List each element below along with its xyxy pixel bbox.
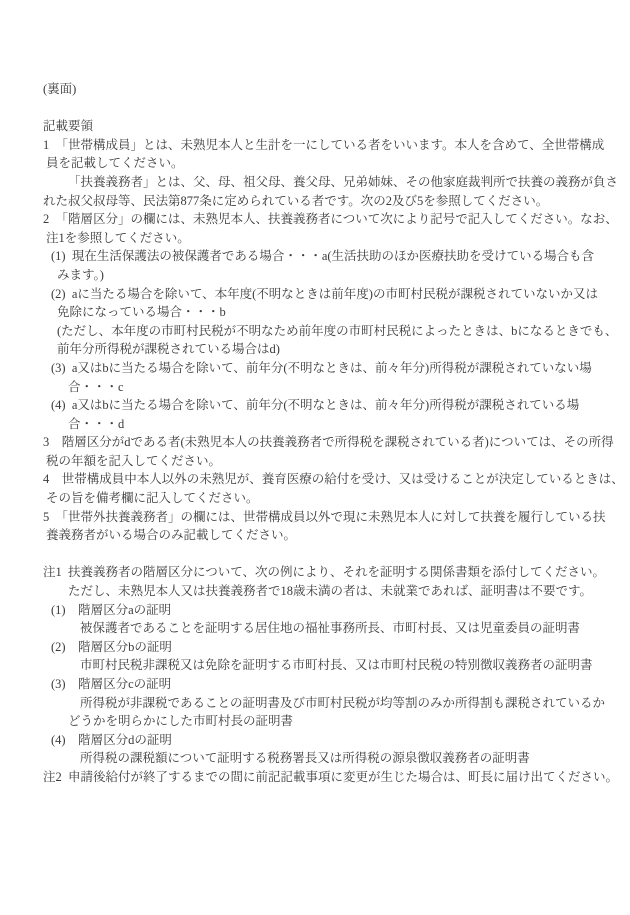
item-2-sub-4-line-2: 合・・・d xyxy=(43,415,623,434)
item-2-sub-1-line-1: (1) 現在生活保護法の被保護者である場合・・・a(生活扶助のほか医療扶助を受け… xyxy=(43,247,623,266)
note-1-sub-4-desc: 所得税の課税額について証明する税務署長又は所得税の源泉徴収義務者の証明書 xyxy=(43,749,623,768)
item-2-line-2: 注1を参照してください。 xyxy=(43,229,623,248)
note-1-sub-1-desc: 被保護者であることを証明する居住地の福祉事務所長、市町村長、又は児童委員の証明書 xyxy=(43,619,623,638)
item-3-line-2: 税の年額を記入してください。 xyxy=(43,452,623,471)
item-2-sub-3-line-2: 合・・・c xyxy=(43,378,623,397)
blank-line xyxy=(43,545,623,564)
note-1-line-1: 注1 扶養義務者の階層区分について、次の例により、それを証明する関係書類を添付し… xyxy=(43,563,623,582)
document-page: (裏面) 記載要領1 「世帯構成員」とは、未熟児本人と生計を一にしている者をいい… xyxy=(0,0,630,915)
side-label: (裏面) xyxy=(43,80,623,99)
note-1-sub-3-desc-line-1: 所得税が非課税であることの証明書及び市町村民税が均等割のみか所得割も課税されてい… xyxy=(43,694,623,713)
note-1-sub-2-desc: 市町村民税非課税又は免除を証明する市町村長、又は市町村民税の特別徴収義務者の証明… xyxy=(43,656,623,675)
item-2-sub-3-line-1: (3) a又はbに当たる場合を除いて、前年分(不明なときは、前々年分)所得税が課… xyxy=(43,359,623,378)
item-2-sub-1-line-2: みます。) xyxy=(43,266,623,285)
note-1-sub-2-head: (2) 階層区分bの証明 xyxy=(43,638,623,657)
note-1-line-2: ただし、未熟児本人又は扶養義務者で18歳未満の者は、未就業であれば、証明書は不要… xyxy=(43,582,623,601)
section-heading: 記載要領 xyxy=(43,117,623,136)
item-1-para-2-line-2: れた叔父叔母等、民法第877条に定められている者です。次の2及び5を参照してくだ… xyxy=(43,192,623,211)
item-2-sub-2-line-1: (2) aに当たる場合を除いて、本年度(不明なときは前年度)の市町村民税が課税さ… xyxy=(43,285,623,304)
note-1-sub-4-head: (4) 階層区分dの証明 xyxy=(43,731,623,750)
item-1-para-2-line-1: 「扶養義務者」とは、父、母、祖父母、養父母、兄弟姉妹、その他家庭裁判所で扶養の義… xyxy=(43,173,623,192)
note-1-sub-1-head: (1) 階層区分aの証明 xyxy=(43,601,623,620)
note-1-sub-3-desc-line-2: どうかを明らかにした市町村長の証明書 xyxy=(43,712,623,731)
item-2-sub-2-note-line-1: (ただし、本年度の市町村民税が不明なため前年度の市町村民税によったときは、bにな… xyxy=(43,322,623,341)
item-4-line-1: 4 世帯構成員中本人以外の未熟児が、養育医療の給付を受け、又は受けることが決定し… xyxy=(43,470,623,489)
item-2-line-1: 2 「階層区分」の欄には、未熟児本人、扶養義務者について次により記号で記入してく… xyxy=(43,210,623,229)
item-5-line-1: 5 「世帯外扶養義務者」の欄には、世帯構成員以外で現に未熟児本人に対して扶養を履… xyxy=(43,508,623,527)
item-1-line-1: 1 「世帯構成員」とは、未熟児本人と生計を一にしている者をいいます。本人を含めて… xyxy=(43,136,623,155)
item-2-sub-2-note-line-2: 前年分所得税が課税されている場合はd) xyxy=(43,340,623,359)
note-2-line-1: 注2 申請後給付が終了するまでの間に前記記載事項に変更が生じた場合は、町長に届け… xyxy=(43,768,623,787)
item-2-sub-4-line-1: (4) a又はbに当たる場合を除いて、前年分(不明なときは、前々年分)所得税が課… xyxy=(43,396,623,415)
item-1-line-2: 員を記載してください。 xyxy=(43,154,623,173)
item-5-line-2: 養義務者がいる場合のみ記載してください。 xyxy=(43,526,623,545)
item-4-line-2: その旨を備考欄に記入してください。 xyxy=(43,489,623,508)
document-content: (裏面) 記載要領1 「世帯構成員」とは、未熟児本人と生計を一にしている者をいい… xyxy=(43,80,623,787)
item-3-line-1: 3 階層区分がdである者(未熟児本人の扶養義務者で所得税を課税されている者)につ… xyxy=(43,433,623,452)
blank-line xyxy=(43,99,623,118)
item-2-sub-2-line-2: 免除になっている場合・・・b xyxy=(43,303,623,322)
note-1-sub-3-head: (3) 階層区分cの証明 xyxy=(43,675,623,694)
